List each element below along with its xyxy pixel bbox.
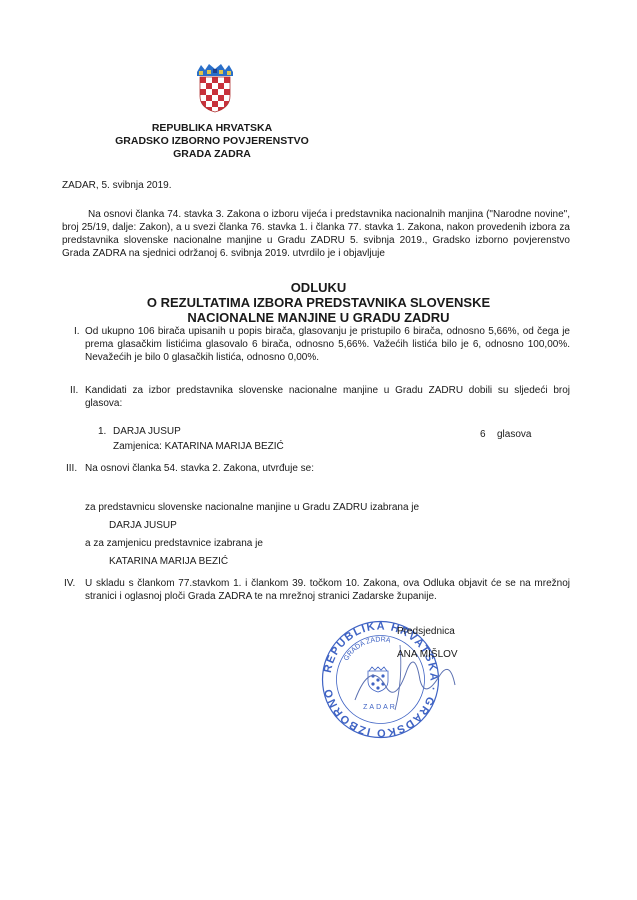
title-line-2: O REZULTATIMA IZBORA PREDSTAVNIKA SLOVEN… bbox=[0, 295, 637, 311]
signatory-name: ANA MIŠLOV bbox=[397, 648, 458, 661]
section-ii-text: Kandidati za izbor predstavnika slovensk… bbox=[85, 384, 570, 410]
header-line-1: REPUBLIKA HRVATSKA bbox=[62, 122, 362, 135]
deputy-name: KATARINA MARIJA BEZIĆ bbox=[109, 555, 228, 568]
candidate-name: DARJA JUSUP bbox=[113, 425, 181, 438]
signatory-role: Predsjednica bbox=[397, 625, 455, 638]
preamble: Na osnovi članka 74. stavka 3. Zakona o … bbox=[62, 208, 570, 260]
section-iv-text: U skladu s člankom 77.stavkom 1. i člank… bbox=[85, 577, 570, 603]
candidate-votes-label: glasova bbox=[497, 428, 531, 441]
title-line-3: NACIONALNE MANJINE U GRADU ZADRU bbox=[0, 310, 637, 326]
elected-name: DARJA JUSUP bbox=[109, 519, 177, 532]
candidate-number: 1. bbox=[98, 425, 106, 438]
elected-label: za predstavnicu slovenske nacionalne man… bbox=[85, 501, 419, 514]
section-i-numeral: I. bbox=[74, 325, 80, 338]
header-line-2: GRADSKO IZBORNO POVJERENSTVO bbox=[62, 135, 362, 148]
section-iii-numeral: III. bbox=[66, 462, 77, 475]
date-line: ZADAR, 5. svibnja 2019. bbox=[62, 179, 172, 192]
deputy-label: a za zamjenicu predstavnice izabrana je bbox=[85, 537, 263, 550]
candidate-votes: 6 bbox=[480, 428, 486, 441]
croatian-coat-of-arms-icon bbox=[193, 62, 237, 114]
header-line-3: GRADA ZADRA bbox=[62, 148, 362, 161]
candidate-deputy: Zamjenica: KATARINA MARIJA BEZIĆ bbox=[113, 440, 284, 453]
section-iv-numeral: IV. bbox=[64, 577, 75, 590]
title-line-1: ODLUKU bbox=[0, 280, 637, 296]
section-iii-text: Na osnovi članka 54. stavka 2. Zakona, u… bbox=[85, 462, 314, 475]
section-i-text: Od ukupno 106 birača upisanih u popis bi… bbox=[85, 325, 570, 364]
section-ii-numeral: II. bbox=[70, 384, 78, 397]
